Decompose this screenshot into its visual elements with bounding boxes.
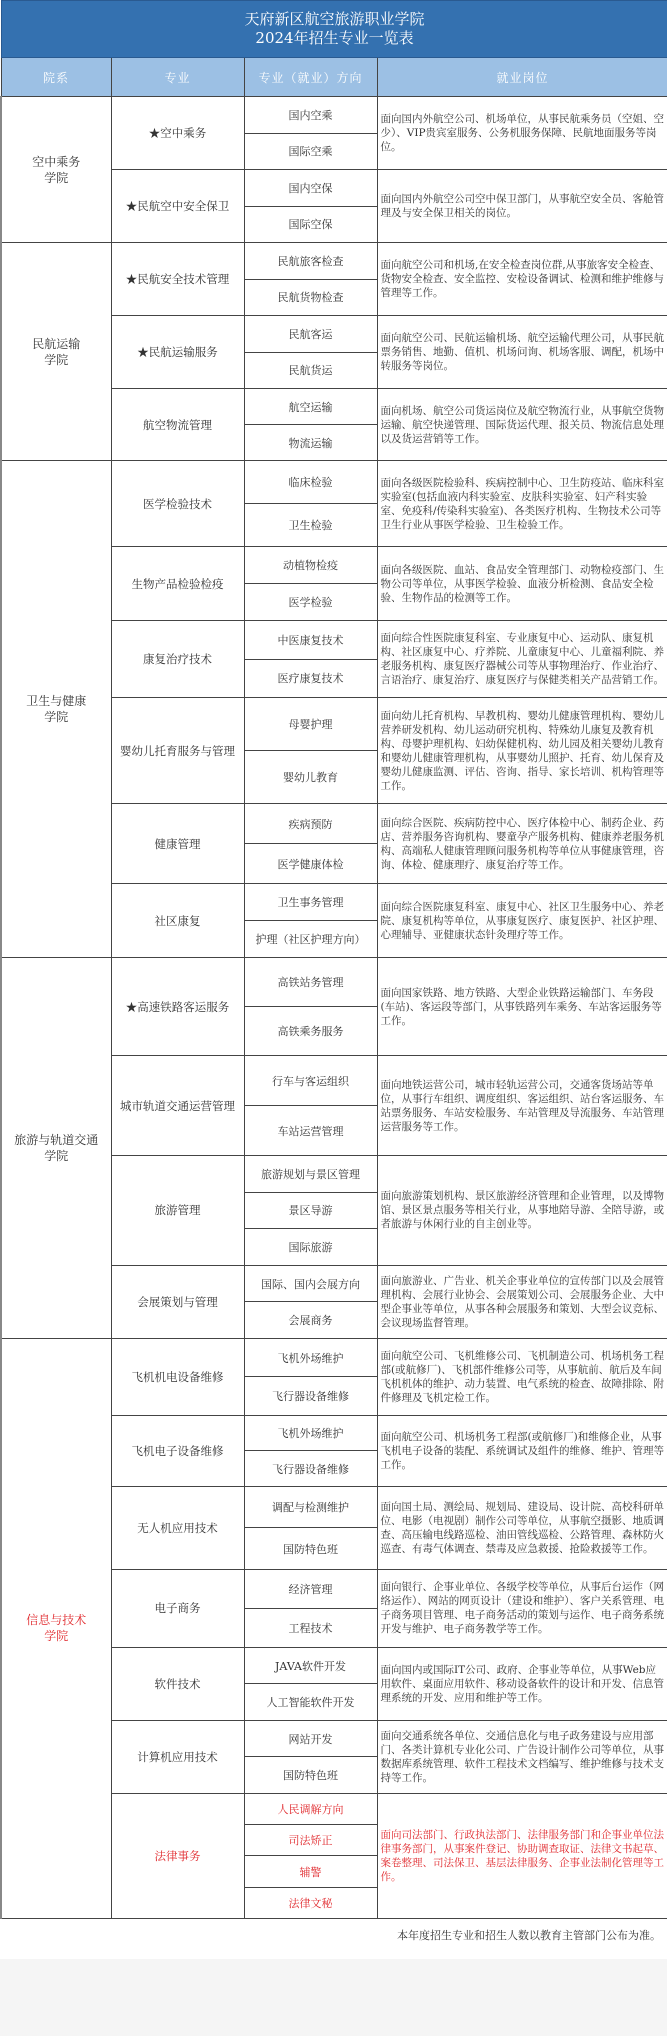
col-header-dept: 院系 [1, 58, 111, 97]
direction-cell: 婴幼儿教育 [244, 751, 377, 804]
table-body: 空中乘务学院★空中乘务国内空乘面向国内外航空公司、机场单位，从事民航乘务员（空姐… [1, 97, 667, 1919]
major-cell: 婴幼儿托育服务与管理 [111, 698, 244, 804]
direction-cell: 国防特色班 [244, 1757, 377, 1794]
direction-cell: 国际旅游 [244, 1229, 377, 1266]
dept-cell: 信息与技术学院 [1, 1338, 111, 1918]
table-row: 信息与技术学院飞机机电设备维修飞机外场维护面向航空公司、飞机维修公司、飞机制造公… [1, 1338, 667, 1377]
table-title: 天府新区航空旅游职业学院 2024年招生专业一览表 [1, 1, 667, 58]
direction-cell: 国际空乘 [244, 133, 377, 170]
major-cell: 医学检验技术 [111, 461, 244, 547]
jobs-description-cell: 面向综合性医院康复科室、专业康复中心、运动队、康复机构、社区康复中心、疗养院、儿… [377, 621, 667, 698]
direction-cell: 飞行器设备维修 [244, 1451, 377, 1487]
jobs-description-cell: 面向国内外航空公司、机场单位，从事民航乘务员（空姐、空少）、VIP贵宾室服务、公… [377, 97, 667, 170]
table-row: 空中乘务学院★空中乘务国内空乘面向国内外航空公司、机场单位，从事民航乘务员（空姐… [1, 97, 667, 134]
major-cell: 旅游管理 [111, 1156, 244, 1266]
dept-cell: 民航运输学院 [1, 243, 111, 461]
major-cell: 会展策划与管理 [111, 1265, 244, 1338]
jobs-description-cell: 面向银行、企事业单位、各级学校等单位，从事后台运作（网络运作）、网站的网页设计（… [377, 1569, 667, 1647]
major-cell: 康复治疗技术 [111, 621, 244, 698]
jobs-description-cell: 面向旅游策划机构、景区旅游经济管理和企业管理，以及博物馆、景区景点服务等相关行业… [377, 1156, 667, 1266]
jobs-description-cell: 面向航空公司和机场,在安全检查岗位群,从事旅客安全检查、货物安全检查、安全监控、… [377, 243, 667, 316]
table-row: 卫生与健康学院医学检验技术临床检验面向各级医院检验科、疾病控制中心、卫生防疫站、… [1, 461, 667, 504]
direction-cell: 临床检验 [244, 461, 377, 504]
major-cell: 健康管理 [111, 804, 244, 884]
direction-cell: 高铁乘务服务 [244, 1007, 377, 1056]
dept-name-line1: 空中乘务 [2, 154, 111, 170]
direction-cell: 旅游规划与景区管理 [244, 1156, 377, 1193]
direction-cell: 会展商务 [244, 1302, 377, 1339]
direction-cell: 国内空保 [244, 170, 377, 207]
direction-cell: 卫生检验 [244, 504, 377, 547]
direction-cell: 经济管理 [244, 1569, 377, 1608]
major-cell: 法律事务 [111, 1793, 244, 1918]
major-cell: 社区康复 [111, 884, 244, 958]
dept-cell: 旅游与轨道交通学院 [1, 958, 111, 1339]
dept-name-line2: 学院 [2, 1628, 111, 1644]
enrollment-page: 天府新区航空旅游职业学院 2024年招生专业一览表 院系 专业 专业（就业）方向… [0, 0, 667, 1959]
jobs-description-cell: 面向综合医院康复科室、康复中心、社区卫生服务中心、养老院、康复机构等单位，从事康… [377, 884, 667, 958]
direction-cell: 医学检验 [244, 584, 377, 621]
direction-cell: 国际、国内会展方向 [244, 1265, 377, 1302]
table-row: 民航运输学院★民航安全技术管理民航旅客检查面向航空公司和机场,在安全检查岗位群,… [1, 243, 667, 280]
major-cell: 无人机应用技术 [111, 1486, 244, 1569]
dept-cell: 卫生与健康学院 [1, 461, 111, 958]
dept-name-line1: 旅游与轨道交通 [2, 1132, 111, 1148]
jobs-description-cell: 面向航空公司、飞机维修公司、飞机制造公司、机场机务工程部(或航修厂)、飞机部件维… [377, 1338, 667, 1415]
direction-cell: 国际空保 [244, 206, 377, 243]
direction-cell: 行车与客运组织 [244, 1056, 377, 1106]
jobs-description-cell: 面向综合医院、疾病防控中心、医疗体检中心、制药企业、药店、营养服务咨询机构、婴童… [377, 804, 667, 884]
dept-name-line1: 信息与技术 [2, 1612, 111, 1628]
direction-cell: 航空运输 [244, 389, 377, 425]
jobs-description-cell: 面向国家铁路、地方铁路、大型企业铁路运输部门、车务段(车站)、客运段等部门，从事… [377, 958, 667, 1056]
direction-cell: 护理（社区护理方向） [244, 921, 377, 958]
direction-cell: 卫生事务管理 [244, 884, 377, 921]
direction-cell: 辅警 [244, 1856, 377, 1887]
direction-cell: 民航货运 [244, 352, 377, 389]
dept-name-line1: 卫生与健康 [2, 693, 111, 709]
dept-name-line2: 学院 [2, 1148, 111, 1164]
major-cell: 城市轨道交通运营管理 [111, 1056, 244, 1156]
jobs-description-cell: 面向地铁运营公司，城市轻轨运营公司，交通客货场站等单位，从事行车组织、调度组织、… [377, 1056, 667, 1156]
direction-cell: 母婴护理 [244, 698, 377, 751]
direction-cell: 国防特色班 [244, 1528, 377, 1570]
title-line1: 天府新区航空旅游职业学院 [2, 10, 667, 29]
major-cell: 软件技术 [111, 1647, 244, 1720]
direction-cell: 高铁站务管理 [244, 958, 377, 1007]
major-cell: 飞机电子设备维修 [111, 1415, 244, 1486]
direction-cell: 医学健康体检 [244, 844, 377, 884]
jobs-description-cell: 面向航空公司、民航运输机场、航空运输代理公司，从事民航票务销售、地勤、值机、机场… [377, 316, 667, 389]
direction-cell: 中医康复技术 [244, 621, 377, 660]
direction-cell: 民航货物检查 [244, 279, 377, 316]
jobs-description-cell: 面向航空公司、机场机务工程部(或航修厂)和维修企业，从事飞机电子设备的装配、系统… [377, 1415, 667, 1486]
major-cell: 电子商务 [111, 1569, 244, 1647]
table-row: 旅游与轨道交通学院★高速铁路客运服务高铁站务管理面向国家铁路、地方铁路、大型企业… [1, 958, 667, 1007]
dept-name-line2: 学院 [2, 709, 111, 725]
direction-cell: 疾病预防 [244, 804, 377, 844]
direction-cell: 人工智能软件开发 [244, 1684, 377, 1721]
majors-table: 天府新区航空旅游职业学院 2024年招生专业一览表 院系 专业 专业（就业）方向… [0, 0, 667, 1919]
major-cell: 飞机机电设备维修 [111, 1338, 244, 1415]
direction-cell: 车站运营管理 [244, 1106, 377, 1156]
direction-cell: 网站开发 [244, 1720, 377, 1757]
dept-name-line1: 民航运输 [2, 336, 111, 352]
major-cell: ★空中乘务 [111, 97, 244, 170]
direction-cell: 人民调解方向 [244, 1793, 377, 1824]
direction-cell: 医疗康复技术 [244, 659, 377, 698]
direction-cell: 飞行器设备维修 [244, 1377, 377, 1416]
major-cell: ★民航安全技术管理 [111, 243, 244, 316]
direction-cell: 物流运输 [244, 425, 377, 461]
direction-cell: 飞机外场维护 [244, 1415, 377, 1451]
direction-cell: 动植物检疫 [244, 547, 377, 584]
jobs-description-cell: 面向交通系统各单位、交通信息化与电子政务建设与应用部门、各类计算机专业化公司、广… [377, 1720, 667, 1793]
jobs-description-cell: 面向幼儿托育机构、早教机构、婴幼儿健康管理机构、婴幼儿营养研发机构、幼儿运动研究… [377, 698, 667, 804]
col-header-direction: 专业（就业）方向 [244, 58, 377, 97]
direction-cell: 民航旅客检查 [244, 243, 377, 280]
direction-cell: 民航客运 [244, 316, 377, 353]
major-cell: ★高速铁路客运服务 [111, 958, 244, 1056]
jobs-description-cell: 面向国土局、测绘局、规划局、建设局、设计院、高校科研单位、电影（电视剧）制作公司… [377, 1486, 667, 1569]
footer-note: 本年度招生专业和招生人数以教育主管部门公布为准。 [0, 1919, 667, 1951]
jobs-description-cell: 面向机场、航空公司货运岗位及航空物流行业，从事航空货物运输、航空快递管理、国际货… [377, 389, 667, 461]
col-header-jobs: 就业岗位 [377, 58, 667, 97]
direction-cell: 调配与检测维护 [244, 1486, 377, 1528]
direction-cell: JAVA软件开发 [244, 1647, 377, 1684]
jobs-description-cell: 面向国内外航空公司空中保卫部门，从事航空安全员、客舱管理及与安全保卫相关的岗位。 [377, 170, 667, 243]
jobs-description-cell: 面向各级医院检验科、疾病控制中心、卫生防疫站、临床科室实验室(包括血液内科实验室… [377, 461, 667, 547]
direction-cell: 法律文秘 [244, 1887, 377, 1918]
direction-cell: 国内空乘 [244, 97, 377, 134]
dept-name-line2: 学院 [2, 352, 111, 368]
major-cell: ★民航空中安全保卫 [111, 170, 244, 243]
jobs-description-cell: 面向各级医院、血站、食品安全管理部门、动物检疫部门、生物公司等单位，从事医学检验… [377, 547, 667, 621]
direction-cell: 工程技术 [244, 1608, 377, 1647]
major-cell: 航空物流管理 [111, 389, 244, 461]
major-cell: 生物产品检验检疫 [111, 547, 244, 621]
direction-cell: 飞机外场维护 [244, 1338, 377, 1377]
title-line2: 2024年招生专业一览表 [2, 29, 667, 48]
jobs-description-cell: 面向国内或国际IT公司、政府、企事业等单位，从事Web应用软件、桌面应用软件、移… [377, 1647, 667, 1720]
major-cell: 计算机应用技术 [111, 1720, 244, 1793]
major-cell: ★民航运输服务 [111, 316, 244, 389]
jobs-description-cell: 面向旅游业、广告业、机关企事业单位的宣传部门以及会展管理机构、会展行业协会、会展… [377, 1265, 667, 1338]
col-header-major: 专业 [111, 58, 244, 97]
dept-cell: 空中乘务学院 [1, 97, 111, 243]
dept-name-line2: 学院 [2, 170, 111, 186]
direction-cell: 景区导游 [244, 1192, 377, 1229]
jobs-description-cell: 面向司法部门、行政执法部门、法律服务部门和企事业单位法律事务部门，从事案件登记、… [377, 1793, 667, 1918]
direction-cell: 司法矫正 [244, 1825, 377, 1856]
